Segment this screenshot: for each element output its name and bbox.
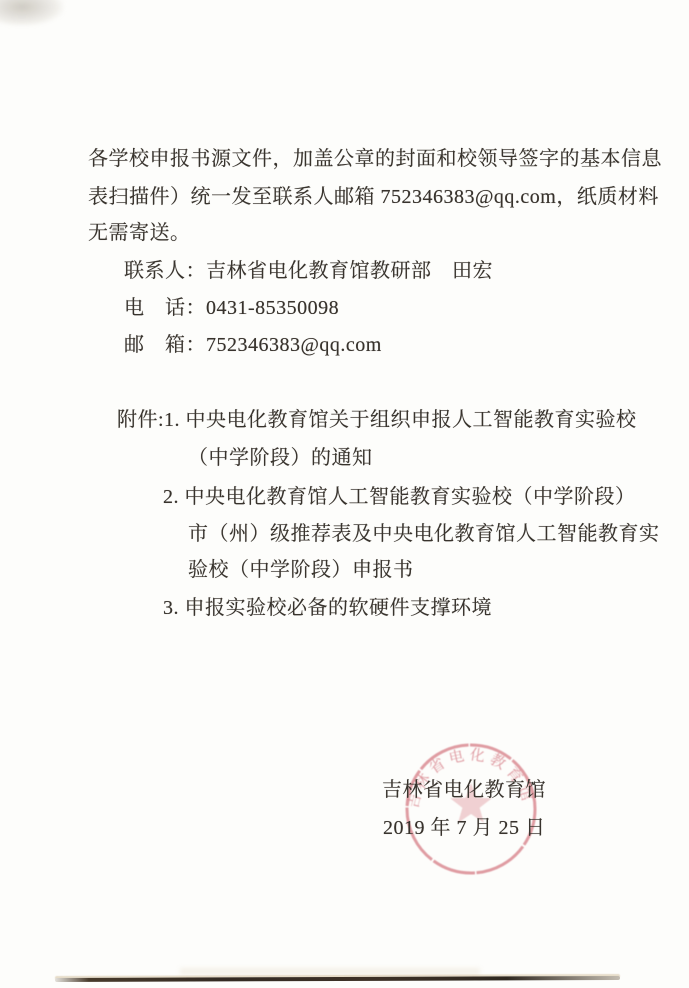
signature-organization: 吉林省电化教育馆 [382, 777, 546, 803]
scan-smear-bottom [180, 968, 480, 975]
scanned-document-page: 吉林省电化教育馆 各学校申报书源文件，加盖公章的封面和校领导签字的基本信息 表扫… [0, 0, 689, 988]
attachment-line-1b: （中学阶段）的通知 [188, 445, 373, 471]
attachment-line-3: 3. 申报实验校必备的软硬件支撑环境 [163, 595, 492, 621]
official-seal: 吉林省电化教育馆 [401, 739, 541, 879]
scan-edge-bottom [55, 976, 620, 982]
scan-smudge-top-left [0, 0, 64, 26]
attachment-line-2: 2. 中央电化教育馆人工智能教育实验校（中学阶段） [163, 484, 636, 510]
contact-person-line: 联系人：吉林省电化教育馆教研部 田宏 [124, 258, 493, 284]
intro-line-1: 各学校申报书源文件，加盖公章的封面和校领导签字的基本信息 [88, 146, 662, 172]
signature-date: 2019 年 7 月 25 日 [383, 815, 546, 841]
attachment-line-2c: 验校（中学阶段）申报书 [188, 557, 414, 583]
intro-line-3: 无需寄送。 [88, 220, 191, 246]
intro-line-2: 表扫描件）统一发至联系人邮箱 752346383@qq.com，纸质材料 [88, 184, 659, 210]
contact-email-line: 邮 箱：752346383@qq.com [124, 332, 382, 358]
attachment-line-1: 附件:1. 中央电化教育馆关于组织申报人工智能教育实验校 [117, 407, 637, 433]
attachment-line-2b: 市（州）级推荐表及中央电化教育馆人工智能教育实 [188, 521, 660, 547]
contact-phone-line: 电 话：0431-85350098 [124, 295, 339, 321]
